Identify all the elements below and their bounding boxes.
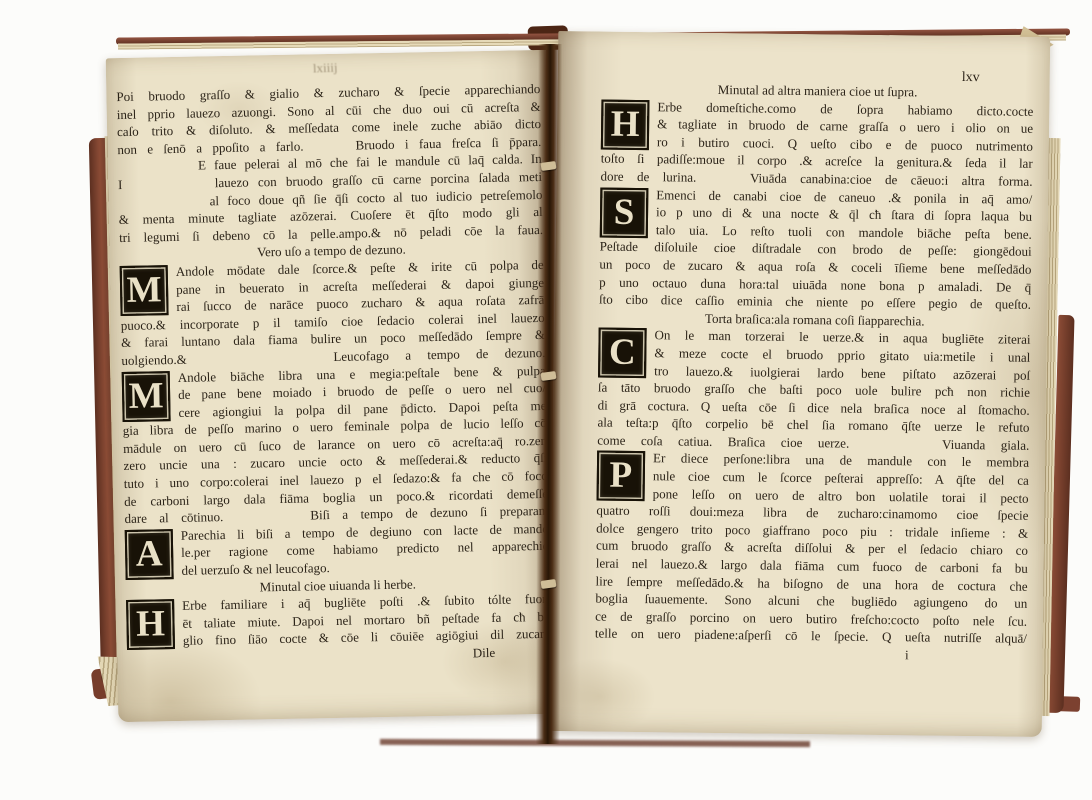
ghost-folio-left: lxiiij [312, 60, 337, 77]
right-page: lxv Minutal ad altra maniera cioe ut ſup… [550, 31, 1051, 737]
woodcut-initial-h: H [126, 599, 175, 650]
woodcut-initial-h: H [601, 99, 650, 150]
right-page-text: Minutal ad altra maniera cioe ut ſupra.H… [595, 80, 1034, 666]
book-cover-bottom-center [380, 739, 810, 747]
left-page-text: Poi bruodo graſſo & gialio & zucharo & ſ… [116, 80, 551, 669]
left-page: lxiiij Poi bruodo graſſo & gialio & zuch… [106, 50, 559, 722]
woodcut-initial-p: P [597, 451, 646, 502]
photo-scene: lxiiij Poi bruodo graſſo & gialio & zuch… [0, 0, 1092, 800]
woodcut-initial-a: A [125, 529, 174, 580]
binding-gutter [536, 44, 562, 744]
open-book: lxiiij Poi bruodo graſſo & gialio & zuch… [90, 20, 1075, 765]
woodcut-initial-s: S [600, 187, 649, 238]
woodcut-initial-m: M [122, 371, 171, 422]
woodcut-initial-m: M [120, 265, 169, 316]
woodcut-initial-c: C [598, 328, 647, 379]
